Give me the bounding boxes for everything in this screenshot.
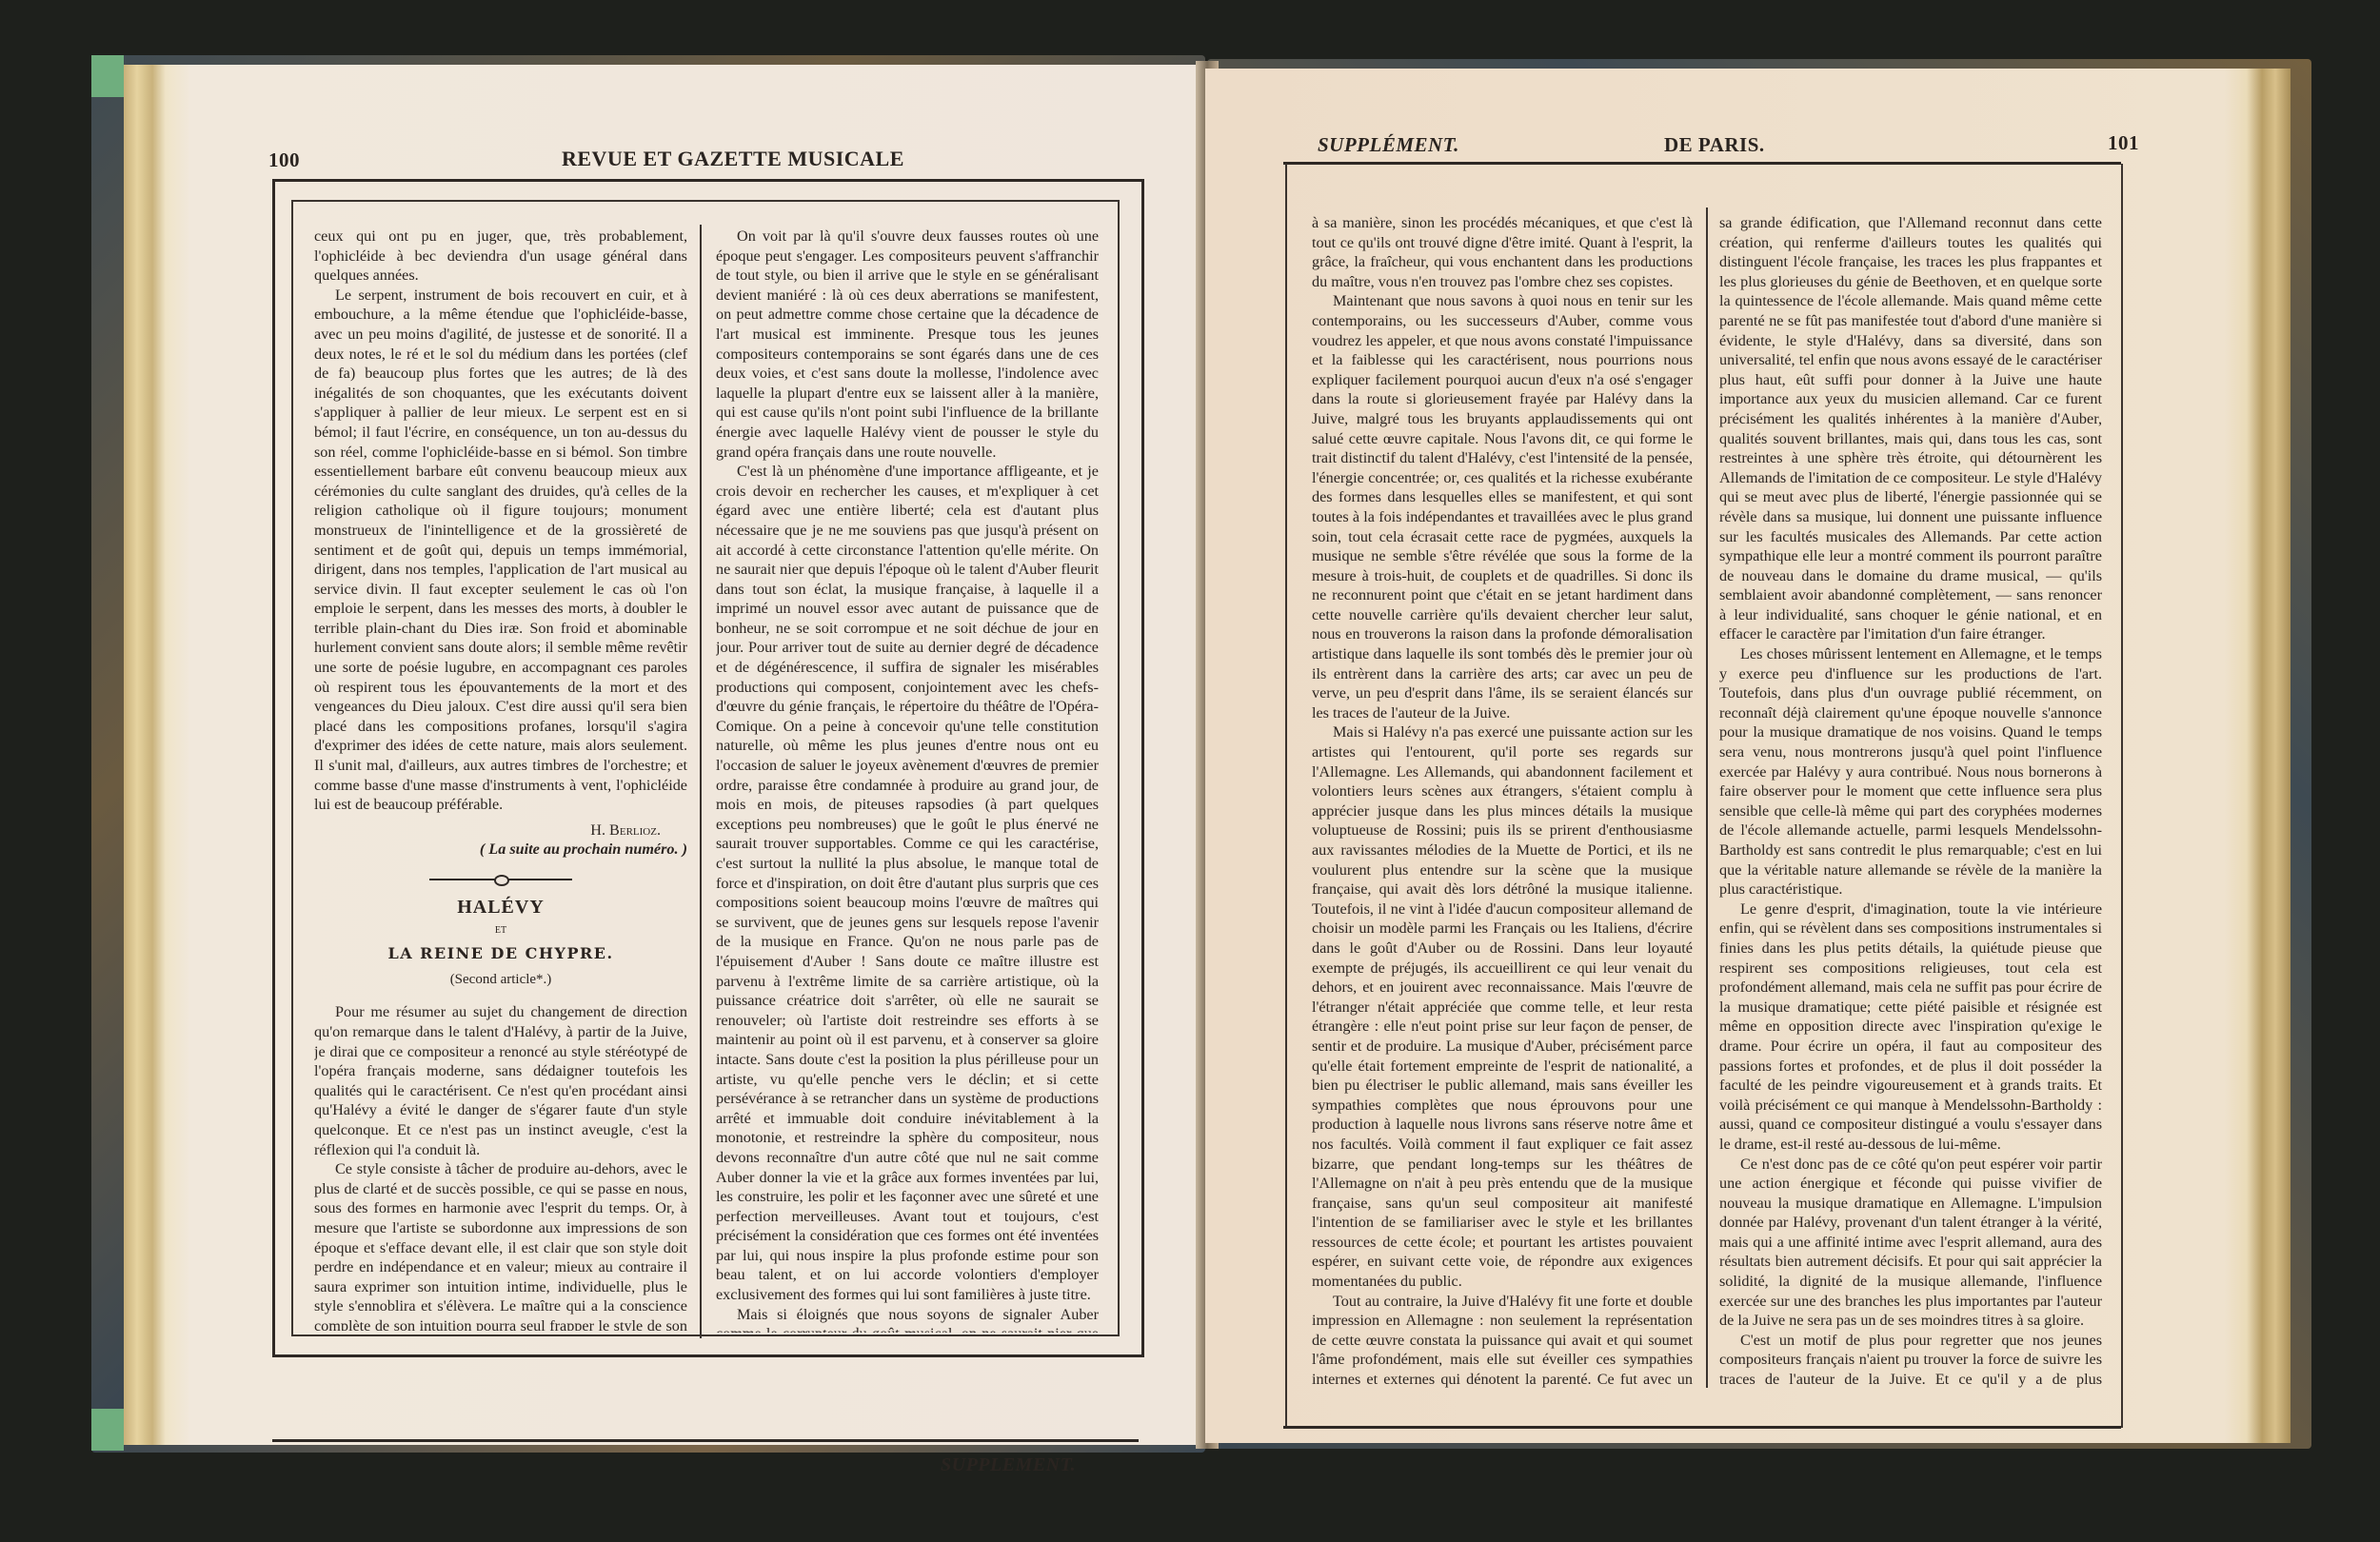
left-col-1: ceux qui ont pu en juger, que, très prob…: [314, 227, 687, 1331]
author-signature: H. Berlioz.: [314, 820, 687, 840]
article-conjunction: ET: [314, 921, 687, 941]
paragraph: Ce n'est donc pas de ce côté qu'on peut …: [1719, 1155, 2102, 1331]
paragraph: Le genre d'esprit, d'imagination, toute …: [1719, 899, 2102, 1155]
page-number-right: 101: [2108, 131, 2139, 155]
paragraph: ceux qui ont pu en juger, que, très prob…: [314, 227, 687, 286]
paragraph: Ce style consiste à tâcher de produire a…: [314, 1159, 687, 1331]
paragraph: à sa manière, sinon les procédés mécaniq…: [1312, 213, 1693, 291]
right-col-1: à sa manière, sinon les procédés mécaniq…: [1312, 213, 1693, 1388]
cover-corner: [91, 55, 124, 97]
left-col-2: On voit par là qu'il s'ouvre deux fausse…: [716, 227, 1099, 1333]
paragraph: Pour me résumer au sujet du changement d…: [314, 1002, 687, 1159]
paragraph: Tout au contraire, la Juive d'Halévy fit…: [1312, 1292, 1693, 1388]
column-rule: [700, 225, 702, 1338]
paragraph: Mais si éloignés que nous soyons de sign…: [716, 1305, 1099, 1333]
paragraph: sa grande édification, que l'Allemand re…: [1719, 213, 2102, 644]
running-head-left: REVUE ET GAZETTE MUSICALE: [562, 147, 904, 171]
page-number-left: 100: [268, 148, 300, 172]
running-head-supplement: SUPPLÉMENT.: [1318, 133, 1459, 157]
article-subtitle: (Second article*.): [314, 970, 687, 990]
running-head-de-paris: DE PARIS.: [1664, 133, 1765, 157]
cover-corner: [91, 1409, 124, 1451]
article-title: HALÉVY: [314, 898, 687, 918]
continuation-note: ( La suite au prochain numéro. ): [314, 840, 687, 860]
bottom-rule: [272, 1439, 1139, 1442]
paragraph: Les choses mûrissent lentement en Allema…: [1719, 644, 2102, 899]
paragraph: C'est là un phénomène d'une importance a…: [716, 462, 1099, 1305]
paragraph: Maintenant que nous savons à quoi nous e…: [1312, 291, 1693, 722]
paragraph: Le serpent, instrument de bois recouvert…: [314, 286, 687, 815]
paragraph: Mais si Halévy n'a pas exercé une puissa…: [1312, 722, 1693, 1291]
column-rule: [1706, 208, 1708, 1388]
paragraph: C'est un motif de plus pour regretter qu…: [1719, 1331, 2102, 1388]
bottom-rule: [1283, 1426, 2121, 1429]
paragraph: On voit par là qu'il s'ouvre deux fausse…: [716, 227, 1099, 462]
article-title-2: LA REINE DE CHYPRE.: [314, 944, 687, 964]
right-col-2: sa grande édification, que l'Allemand re…: [1719, 213, 2102, 1388]
footer-supplement: SUPPLEMENT.: [941, 1454, 1076, 1476]
section-ornament: [429, 879, 572, 880]
